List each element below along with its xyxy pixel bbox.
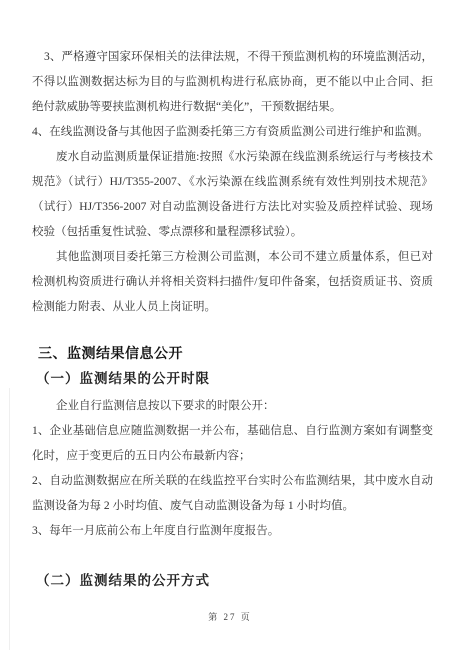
list-item-1: 1、企业基础信息应随监测数据一并公布，基础信息、自行监测方案如有调整变化时，应于…	[32, 419, 433, 469]
list-item-2: 2、自动监测数据应在所关联的在线监控平台实时公布监测结果，其中废水自动监测设备为…	[32, 469, 433, 519]
list-item-3: 3、每年一月底前公布上年度自行监测年度报告。	[32, 519, 433, 544]
document-body: 3、严格遵守国家环保相关的法律法规，不得干预监测机构的环境监测活动，不得以监测数…	[32, 45, 433, 593]
subsection-heading-time-limit: （一）监测结果的公开时限	[36, 366, 433, 391]
paragraph-disclosure-intro: 企业自行监测信息按以下要求的时限公开：	[32, 394, 433, 419]
paragraph-item-4: 4、在线监测设备与其他因子监测委托第三方有资质监测公司进行维护和监测。	[32, 120, 433, 145]
page-number: 第 27 页	[0, 610, 460, 623]
document-page: 3、严格遵守国家环保相关的法律法规，不得干预监测机构的环境监测活动，不得以监测数…	[0, 0, 460, 650]
paragraph-wastewater-qa: 废水自动监测质量保证措施:按照《水污染源在线监测系统运行与考核技术规范》（试行）…	[32, 145, 433, 245]
subsection-heading-method: （二）监测结果的公开方式	[36, 568, 433, 593]
paragraph-other-monitoring: 其他监测项目委托第三方检测公司监测，本公司不建立质量体系，但已对检测机构资质进行…	[32, 245, 433, 320]
section-heading-disclosure: 三、监测结果信息公开	[38, 340, 433, 366]
paragraph-item-3: 3、严格遵守国家环保相关的法律法规，不得干预监测机构的环境监测活动，不得以监测数…	[32, 45, 433, 120]
